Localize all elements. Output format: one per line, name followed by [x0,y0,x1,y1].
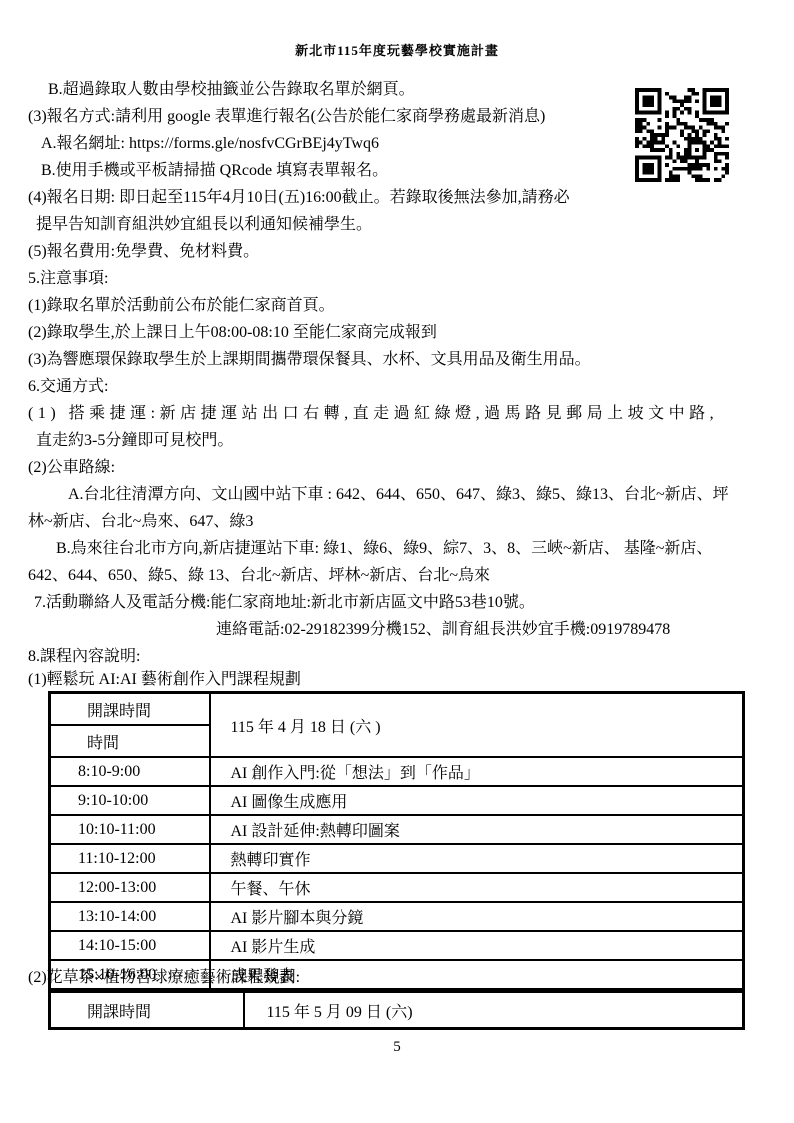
text-line: B.烏來往台北市方向,新店捷運站下車: 綠1、綠6、綠9、綜7、3、8、三峽~新… [28,535,740,562]
course-cell: AI 影片腳本與分鏡 [210,902,744,931]
course-table-1: 開課時間 115 年 4 月 18 日 (六 ) 時間 8:10-9:00AI … [48,691,745,991]
schedule-row: 12:00-13:00午餐、午休 [50,873,744,902]
time-cell: 11:10-12:00 [50,844,210,873]
text-line: 8.課程內容說明: [28,643,740,670]
header-cell-time-label: 時間 [50,725,210,757]
header-cell-date: 115 年 5 月 09 日 (六) [244,992,744,1029]
table-header-row: 開課時間 115 年 4 月 18 日 (六 ) [50,693,744,726]
header-cell-open-time: 開課時間 [50,693,210,726]
page-header-title: 新北市115年度玩藝學校實施計畫 [0,40,794,59]
time-cell: 9:10-10:00 [50,786,210,815]
text-line: 連絡電話:02-29182399分機152、訓育組長洪妙宜手機:09197894… [28,616,740,643]
body-lines: B.超過錄取人數由學校抽籤並公告錄取名單於網頁。(3)報名方式:請利用 goog… [28,76,740,670]
time-cell: 14:10-15:00 [50,931,210,960]
course-table-2-title: (2)花草茶×植物苔球療癒藝術課程規劃: [28,968,300,988]
text-line: A.報名網址: https://forms.gle/nosfvCGrBEj4yT… [28,130,740,157]
text-line: (1)錄取名單於活動前公布於能仁家商首頁。 [28,292,740,319]
course-cell: AI 影片生成 [210,931,744,960]
page-number: 5 [0,1039,794,1056]
time-cell: 12:00-13:00 [50,873,210,902]
text-line: A.台北往清潭方向、文山國中站下車 : 642、644、650、647、綠3、綠… [28,481,740,508]
course-table-2: 開課時間 115 年 5 月 09 日 (六) [48,990,745,1030]
text-line: B.超過錄取人數由學校抽籤並公告錄取名單於網頁。 [28,76,740,103]
text-line: 林~新店、台北~烏來、647、綠3 [28,508,740,535]
course-table-1-title: (1)輕鬆玩 AI:AI 藝術創作入門課程規劃 [28,670,301,690]
text-line: (2)公車路線: [28,454,740,481]
course-cell: AI 設計延伸:熱轉印圖案 [210,815,744,844]
text-line: (3)為響應環保錄取學生於上課期間攜帶環保餐具、水杯、文具用品及衛生用品。 [28,346,740,373]
text-line: 642、644、650、綠5、綠 13、台北~新店、坪林~新店、台北~烏來 [28,562,740,589]
schedule-row: 8:10-9:00AI 創作入門:從「想法」到「作品」 [50,757,744,786]
schedule-row: 14:10-15:00AI 影片生成 [50,931,744,960]
text-line: (5)報名費用:免學費、免材料費。 [28,238,740,265]
time-cell: 13:10-14:00 [50,902,210,931]
text-line: B.使用手機或平板請掃描 QRcode 填寫表單報名。 [28,157,740,184]
text-line: 6.交通方式: [28,373,740,400]
document-page: 新北市115年度玩藝學校實施計畫 B.超過錄取人數由學校抽籤並公告錄取名單於網頁… [0,0,794,1123]
course-cell: AI 創作入門:從「想法」到「作品」 [210,757,744,786]
text-line: (2)錄取學生,於上課日上午08:00-08:10 至能仁家商完成報到 [28,319,740,346]
header-cell-open-time: 開課時間 [50,992,244,1029]
text-line: (3)報名方式:請利用 google 表單進行報名(公告於能仁家商學務處最新消息… [28,103,740,130]
schedule-row: 10:10-11:00AI 設計延伸:熱轉印圖案 [50,815,744,844]
text-line: 直走約3-5分鐘即可見校門。 [28,427,740,454]
schedule-row: 11:10-12:00熱轉印實作 [50,844,744,873]
schedule-row: 9:10-10:00AI 圖像生成應用 [50,786,744,815]
schedule-row: 13:10-14:00AI 影片腳本與分鏡 [50,902,744,931]
text-line: (4)報名日期: 即日起至115年4月10日(五)16:00截止。若錄取後無法參… [28,184,740,211]
time-cell: 8:10-9:00 [50,757,210,786]
text-line: (1) 搭乘捷運:新店捷運站出口右轉,直走過紅綠燈,過馬路見郵局上坡文中路, [28,400,740,427]
time-cell: 10:10-11:00 [50,815,210,844]
text-line: 5.注意事項: [28,265,740,292]
course-cell: AI 圖像生成應用 [210,786,744,815]
course-cell: 午餐、午休 [210,873,744,902]
text-line: 7.活動聯絡人及電話分機:能仁家商地址:新北市新店區文中路53巷10號。 [28,589,740,616]
header-cell-date: 115 年 4 月 18 日 (六 ) [210,693,744,758]
table-header-row: 開課時間 115 年 5 月 09 日 (六) [50,992,744,1029]
text-line: 提早告知訓育組洪妙宜組長以利通知候補學生。 [28,211,740,238]
course-cell: 熱轉印實作 [210,844,744,873]
